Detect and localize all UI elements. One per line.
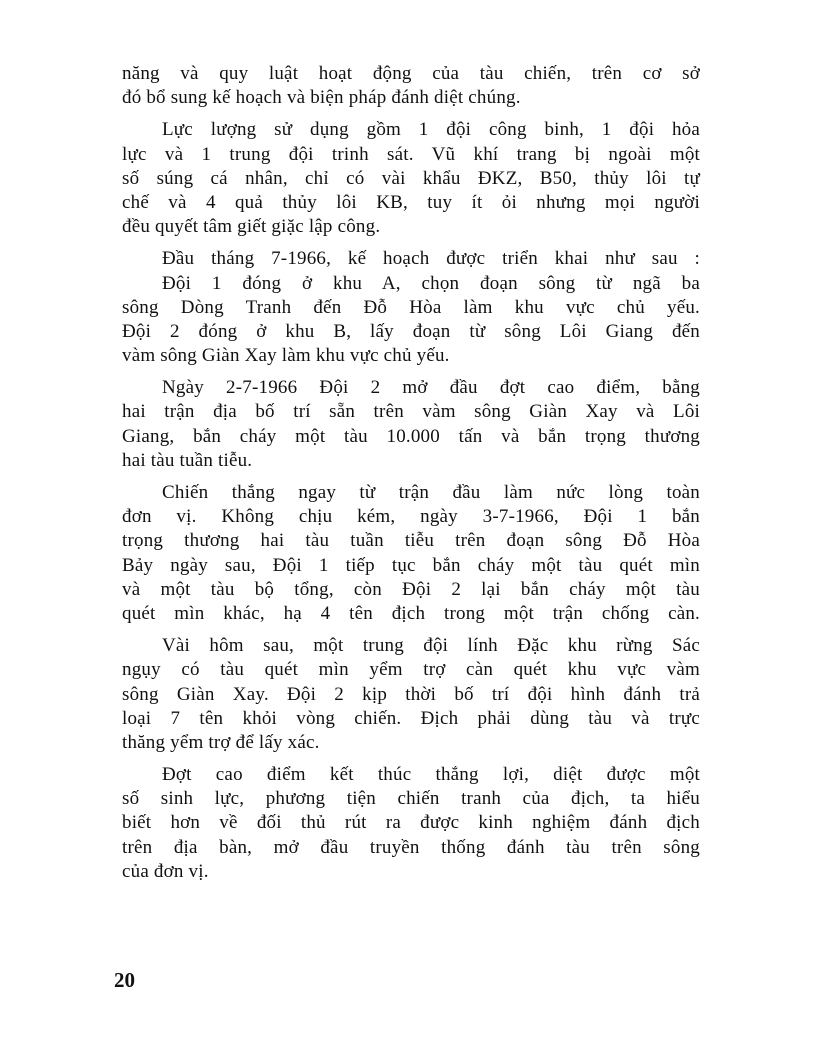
paragraph-2: Lực lượng sử dụng gồm 1 đội công binh, 1… xyxy=(122,118,700,239)
text-line: Đầu tháng 7-1966, kế hoạch được triển kh… xyxy=(122,247,700,271)
paragraph-1: năng và quy luật hoạt động của tàu chiến… xyxy=(122,62,700,110)
text-line: trọng thương hai tàu tuần tiễu trên đoạn… xyxy=(122,529,700,553)
text-line: chế và 4 quả thủy lôi KB, tuy ít ỏi nhưn… xyxy=(122,191,700,215)
text-line: quét mìn khác, hạ 4 tên địch trong một t… xyxy=(122,602,700,626)
text-line: Chiến thắng ngay từ trận đầu làm nức lòn… xyxy=(122,481,700,505)
paragraph-8: Đợt cao điểm kết thúc thắng lợi, diệt đư… xyxy=(122,763,700,884)
text-line: của đơn vị. xyxy=(122,860,700,884)
text-line: sông Dòng Tranh đến Đỗ Hòa làm khu vực c… xyxy=(122,296,700,320)
text-line: đều quyết tâm giết giặc lập công. xyxy=(122,215,700,239)
text-line: Bảy ngày sau, Đội 1 tiếp tục bắn cháy mộ… xyxy=(122,554,700,578)
text-line: biết hơn về đối thủ rút ra được kinh ngh… xyxy=(122,811,700,835)
text-line: năng và quy luật hoạt động của tàu chiến… xyxy=(122,62,700,86)
paragraph-4: Đội 1 đóng ở khu A, chọn đoạn sông từ ng… xyxy=(122,272,700,369)
text-line: lực và 1 trung đội trinh sát. Vũ khí tra… xyxy=(122,143,700,167)
text-line: Ngày 2-7-1966 Đội 2 mở đầu đợt cao điểm,… xyxy=(122,376,700,400)
text-line: Vài hôm sau, một trung đội lính Đặc khu … xyxy=(122,634,700,658)
page-number: 20 xyxy=(114,968,135,993)
text-line: đơn vị. Không chịu kém, ngày 3-7-1966, Đ… xyxy=(122,505,700,529)
text-line: Giang, bắn cháy một tàu 10.000 tấn và bắ… xyxy=(122,425,700,449)
text-line: thăng yểm trợ để lấy xác. xyxy=(122,731,700,755)
text-line: số sinh lực, phương tiện chiến tranh của… xyxy=(122,787,700,811)
paragraph-7: Vài hôm sau, một trung đội lính Đặc khu … xyxy=(122,634,700,755)
text-line: sông Giàn Xay. Đội 2 kịp thời bố trí đội… xyxy=(122,683,700,707)
text-line: Đội 1 đóng ở khu A, chọn đoạn sông từ ng… xyxy=(122,272,700,296)
text-line: số súng cá nhân, chỉ có vài khẩu ĐKZ, B5… xyxy=(122,167,700,191)
text-line: loại 7 tên khỏi vòng chiến. Địch phải dù… xyxy=(122,707,700,731)
text-line: và một tàu bộ tổng, còn Đội 2 lại bắn ch… xyxy=(122,578,700,602)
paragraph-6: Chiến thắng ngay từ trận đầu làm nức lòn… xyxy=(122,481,700,626)
text-line: Đợt cao điểm kết thúc thắng lợi, diệt đư… xyxy=(122,763,700,787)
paragraph-3: Đầu tháng 7-1966, kế hoạch được triển kh… xyxy=(122,247,700,271)
text-line: Lực lượng sử dụng gồm 1 đội công binh, 1… xyxy=(122,118,700,142)
text-line: đó bổ sung kế hoạch và biện pháp đánh di… xyxy=(122,86,700,110)
text-line: ngụy có tàu quét mìn yểm trợ càn quét kh… xyxy=(122,658,700,682)
text-line: trên địa bàn, mở đầu truyền thống đánh t… xyxy=(122,836,700,860)
text-line: vàm sông Giàn Xay làm khu vực chủ yếu. xyxy=(122,344,700,368)
page-body: năng và quy luật hoạt động của tàu chiến… xyxy=(122,62,700,884)
paragraph-5: Ngày 2-7-1966 Đội 2 mở đầu đợt cao điểm,… xyxy=(122,376,700,473)
text-line: hai tàu tuần tiễu. xyxy=(122,449,700,473)
text-line: hai trận địa bố trí sẵn trên vàm sông Gi… xyxy=(122,400,700,424)
text-line: Đội 2 đóng ở khu B, lấy đoạn từ sông Lôi… xyxy=(122,320,700,344)
